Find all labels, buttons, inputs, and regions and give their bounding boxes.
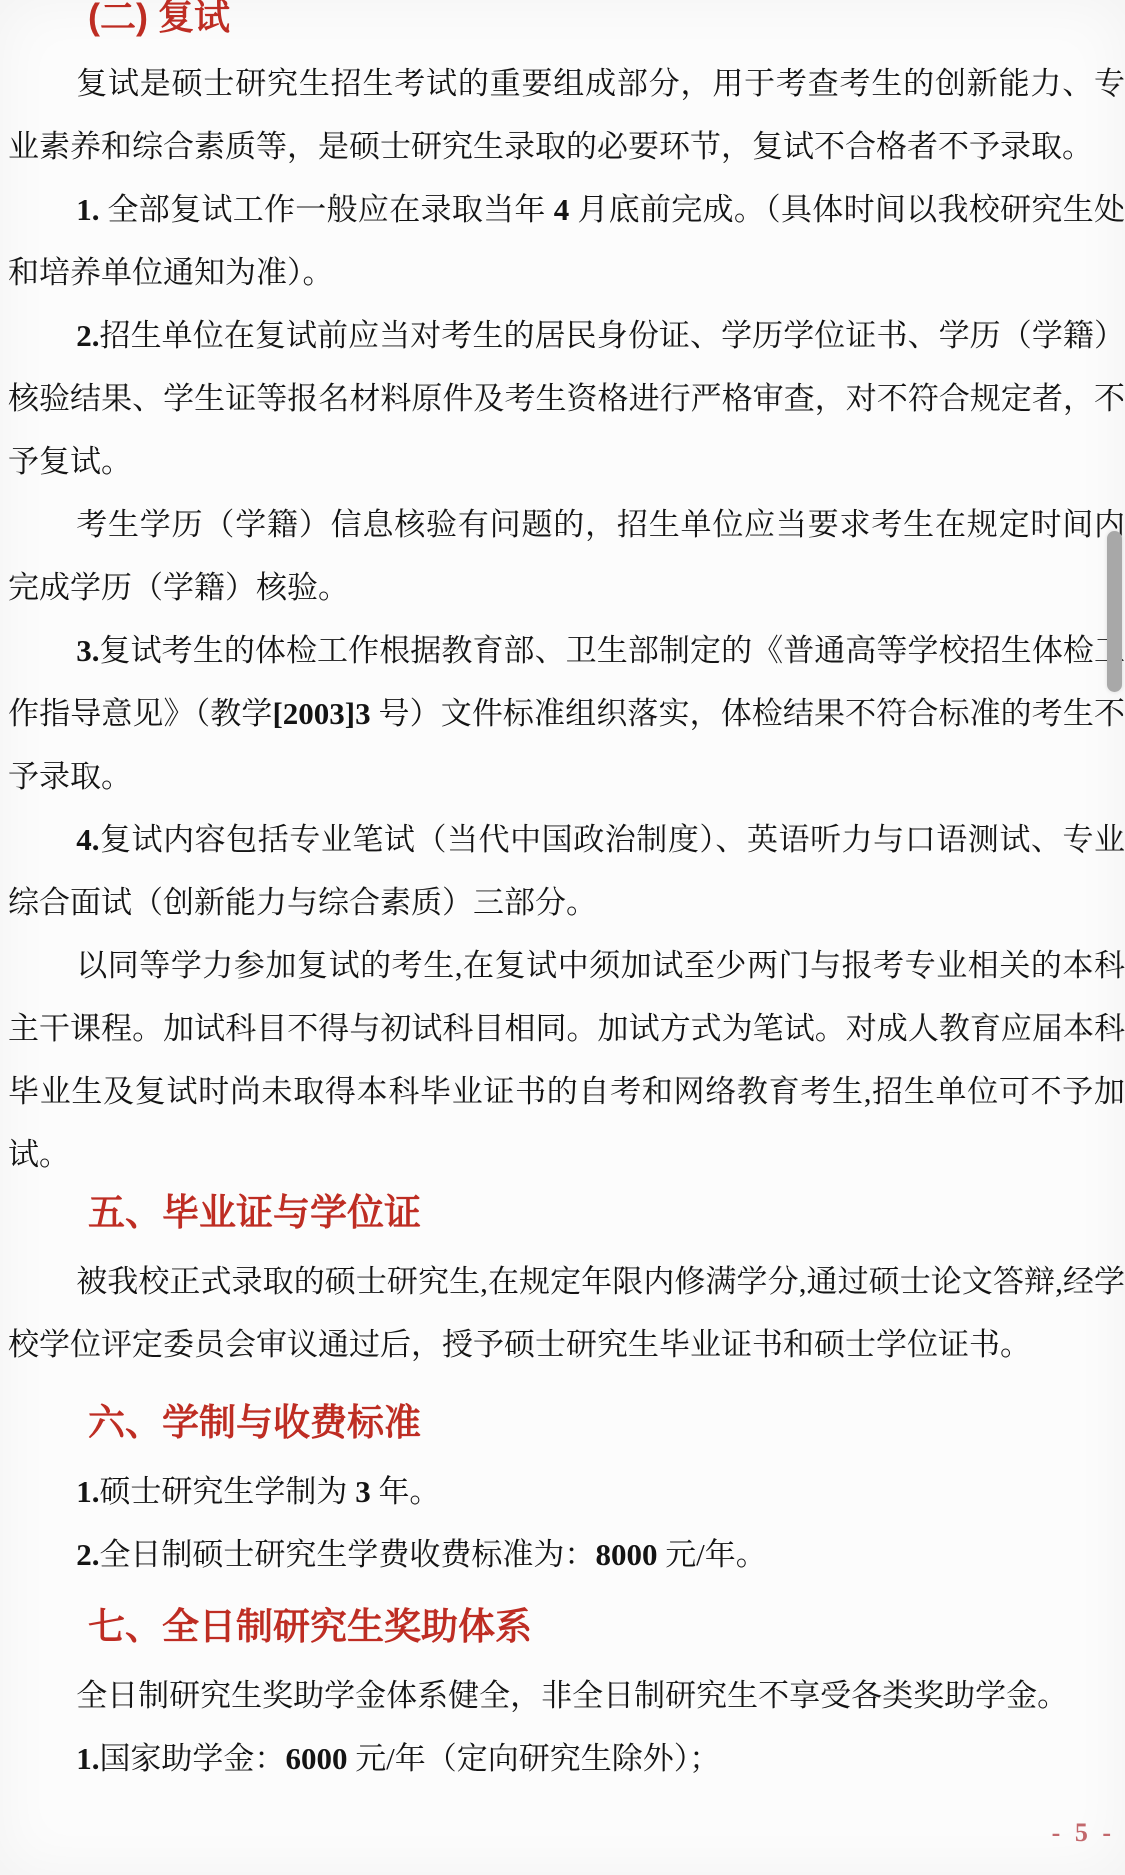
paragraph-tongdeng-xueli: 以同等学力参加复试的考生,在复试中须加试至少两门与报考专业相关的本科主干课程。加… bbox=[8, 934, 1125, 1186]
heading-section-6: 六、学制与收费标准 bbox=[88, 1400, 1125, 1446]
paragraph-item-2: 2.招生单位在复试前应当对考生的居民身份证、学历学位证书、学历（学籍）核验结果、… bbox=[8, 304, 1125, 493]
paragraph-section-5: 被我校正式录取的硕士研究生,在规定年限内修满学分,通过硕士论文答辩,经学校学位评… bbox=[8, 1250, 1125, 1376]
heading-section-5: 五、毕业证与学位证 bbox=[88, 1190, 1125, 1236]
document-body: (二) 复试复试是硕士研究生招生考试的重要组成部分，用于考查考生的创新能力、专业… bbox=[8, 0, 1125, 1790]
paragraph-guojia-zhuxuejin: 1.国家助学金：6000 元/年（定向研究生除外）； bbox=[8, 1727, 1125, 1790]
paragraph-item-4: 4.复试内容包括专业笔试（当代中国政治制度）、英语听力与口语测试、专业综合面试（… bbox=[8, 808, 1125, 934]
document-page: (二) 复试复试是硕士研究生招生考试的重要组成部分，用于考查考生的创新能力、专业… bbox=[0, 0, 1125, 1875]
paragraph-item-1: 1. 全部复试工作一般应在录取当年 4 月底前完成。（具体时间以我校研究生处和培… bbox=[8, 178, 1125, 304]
paragraph-item-3: 3.复试考生的体检工作根据教育部、卫生部制定的《普通高等学校招生体检工作指导意见… bbox=[8, 619, 1125, 808]
paragraph-xuezhi: 1.硕士研究生学制为 3 年。 bbox=[8, 1460, 1125, 1523]
paragraph-xuefei: 2.全日制硕士研究生学费收费标准为：8000 元/年。 bbox=[8, 1523, 1125, 1586]
heading-fushi: (二) 复试 bbox=[88, 0, 1125, 40]
paragraph-jiangzhu-intro: 全日制研究生奖助学金体系健全，非全日制研究生不享受各类奖助学金。 bbox=[8, 1664, 1125, 1727]
scrollbar-thumb[interactable] bbox=[1107, 531, 1122, 692]
heading-section-7: 七、全日制研究生奖助体系 bbox=[88, 1604, 1125, 1650]
paragraph-fushi-intro: 复试是硕士研究生招生考试的重要组成部分，用于考查考生的创新能力、专业素养和综合素… bbox=[8, 52, 1125, 178]
paragraph-xueli-check: 考生学历（学籍）信息核验有问题的，招生单位应当要求考生在规定时间内完成学历（学籍… bbox=[8, 493, 1125, 619]
page-number: - 5 - bbox=[1052, 1818, 1115, 1848]
